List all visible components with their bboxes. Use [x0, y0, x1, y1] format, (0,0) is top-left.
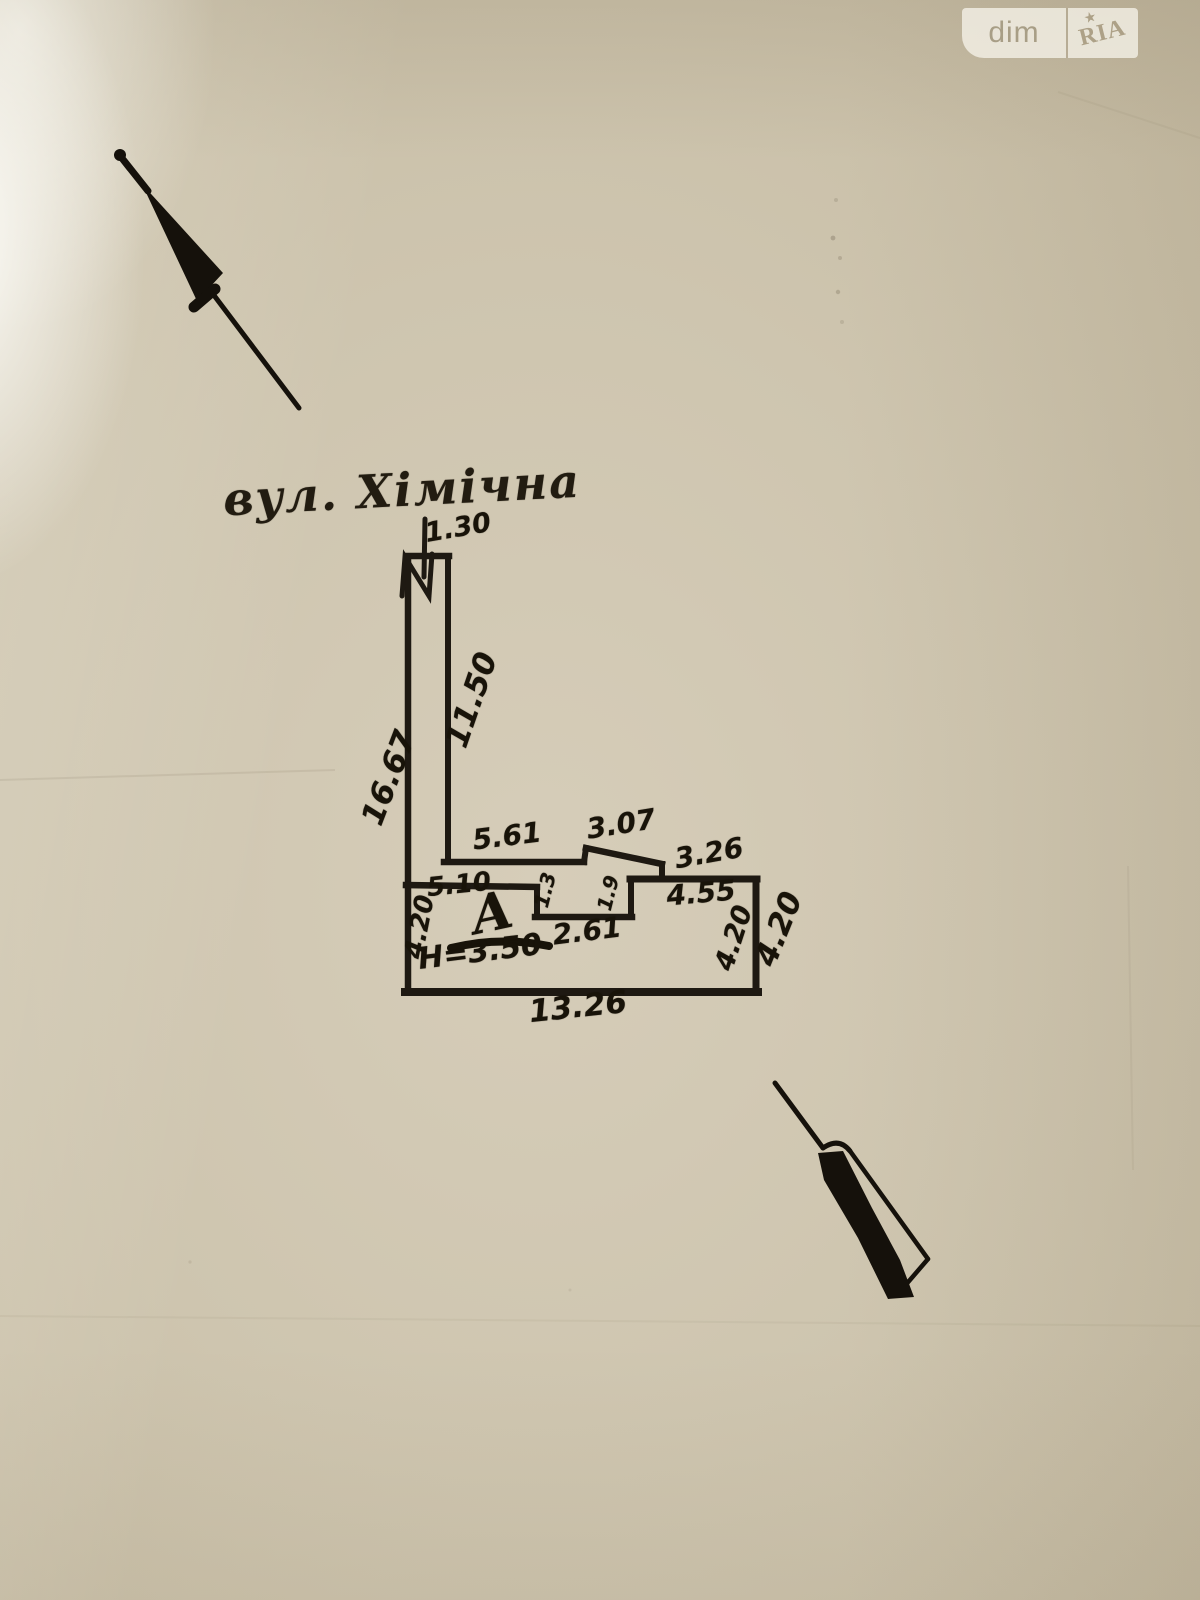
paper-creases [0, 92, 1200, 1326]
north-arrow [114, 149, 299, 408]
paper-specks [188, 198, 844, 1292]
hand-drawn-arrow-bottom [775, 1083, 928, 1299]
dim-wall-inner-right-label: 4.55 [665, 874, 737, 913]
watermark-dim-section: dim [962, 8, 1066, 58]
plan-drawing [0, 0, 1200, 1600]
watermark-dim-text: dim [988, 16, 1039, 50]
watermark-ria-section: ★ RIA [1068, 8, 1138, 58]
scanned-plan-page: вул. Хімічна 1.30 11.50 16.67 5.61 3.07 … [0, 0, 1200, 1600]
dim-ria-watermark: dim ★ RIA [962, 8, 1138, 58]
